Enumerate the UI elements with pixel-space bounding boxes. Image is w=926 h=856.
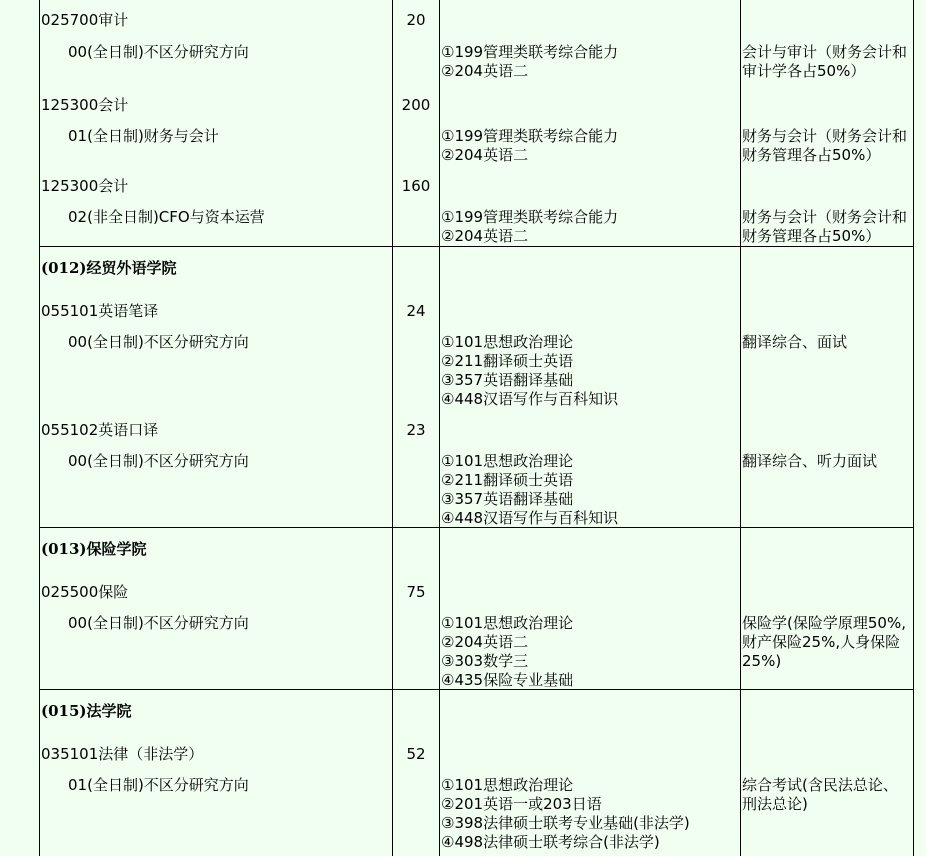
exam-subject: ②204英语二 (441, 62, 528, 81)
research-direction: 00(全日制)不区分研究方向 (68, 452, 249, 471)
exam-subject: ②211翻译硕士英语 (441, 471, 573, 490)
major-quota: 23 (393, 421, 439, 440)
exam-subject: ①101思想政治理论 (441, 333, 573, 352)
retest-subject: 财务与会计（财务会计和财务管理各占50%） (742, 208, 912, 246)
exam-subject: ②204英语二 (441, 227, 528, 246)
research-direction: 00(全日制)不区分研究方向 (68, 333, 249, 352)
major-quota: 20 (393, 11, 439, 30)
table-border-right (913, 0, 914, 856)
research-direction: 01(全日制)财务与会计 (68, 127, 219, 146)
exam-subject: ④498法律硕士联考综合(非法学) (441, 833, 660, 852)
research-direction: 01(全日制)不区分研究方向 (68, 776, 249, 795)
column-divider-exams (439, 0, 440, 856)
research-direction: 02(非全日制)CFO与资本运营 (68, 208, 265, 227)
department-title: (012)经贸外语学院 (41, 259, 177, 278)
major-quota: 160 (393, 177, 439, 196)
major-quota: 75 (393, 583, 439, 602)
major-quota: 24 (393, 302, 439, 321)
major-code-name: 125300会计 (41, 96, 128, 115)
exam-subject: ②204英语二 (441, 146, 528, 165)
retest-subject: 翻译综合、听力面试 (742, 452, 912, 471)
research-direction: 00(全日制)不区分研究方向 (68, 614, 249, 633)
exam-subject: ③357英语翻译基础 (441, 371, 573, 390)
exam-subject: ③357英语翻译基础 (441, 490, 573, 509)
department-title: (013)保险学院 (41, 540, 147, 559)
exam-subject: ②211翻译硕士英语 (441, 352, 573, 371)
exam-subject: ②204英语二 (441, 633, 528, 652)
major-quota: 200 (393, 96, 439, 115)
exam-subject: ①199管理类联考综合能力 (441, 43, 618, 62)
retest-subject: 翻译综合、面试 (742, 333, 912, 352)
exam-subject: ①101思想政治理论 (441, 452, 573, 471)
retest-subject: 综合考试(含民法总论、刑法总论) (742, 776, 912, 814)
major-code-name: 125300会计 (41, 177, 128, 196)
exam-subject: ①101思想政治理论 (441, 776, 573, 795)
exam-subject: ④435保险专业基础 (441, 671, 573, 690)
column-divider-retest (740, 0, 741, 856)
exam-subject: ①199管理类联考综合能力 (441, 208, 618, 227)
major-code-name: 055101英语笔译 (41, 302, 158, 321)
exam-subject: ②201英语一或203日语 (441, 795, 602, 814)
retest-subject: 财务与会计（财务会计和财务管理各占50%） (742, 127, 912, 165)
major-code-name: 035101法律（非法学） (41, 745, 203, 764)
table-border-left (39, 0, 40, 856)
exam-subject: ③303数学三 (441, 652, 528, 671)
research-direction: 00(全日制)不区分研究方向 (68, 43, 249, 62)
retest-subject: 会计与审计（财务会计和审计学各占50%） (742, 43, 912, 81)
department-title: (015)法学院 (41, 702, 132, 721)
major-quota: 52 (393, 745, 439, 764)
major-code-name: 025500保险 (41, 583, 128, 602)
row-divider (39, 246, 914, 247)
exam-subject: ④448汉语写作与百科知识 (441, 509, 618, 528)
exam-subject: ①101思想政治理论 (441, 614, 573, 633)
major-code-name: 055102英语口译 (41, 421, 158, 440)
exam-subject: ①199管理类联考综合能力 (441, 127, 618, 146)
major-code-name: 025700审计 (41, 11, 128, 30)
exam-subject: ③398法律硕士联考专业基础(非法学) (441, 814, 690, 833)
exam-subject: ④448汉语写作与百科知识 (441, 390, 618, 409)
retest-subject: 保险学(保险学原理50%,财产保险25%,人身保险25%) (742, 614, 912, 671)
